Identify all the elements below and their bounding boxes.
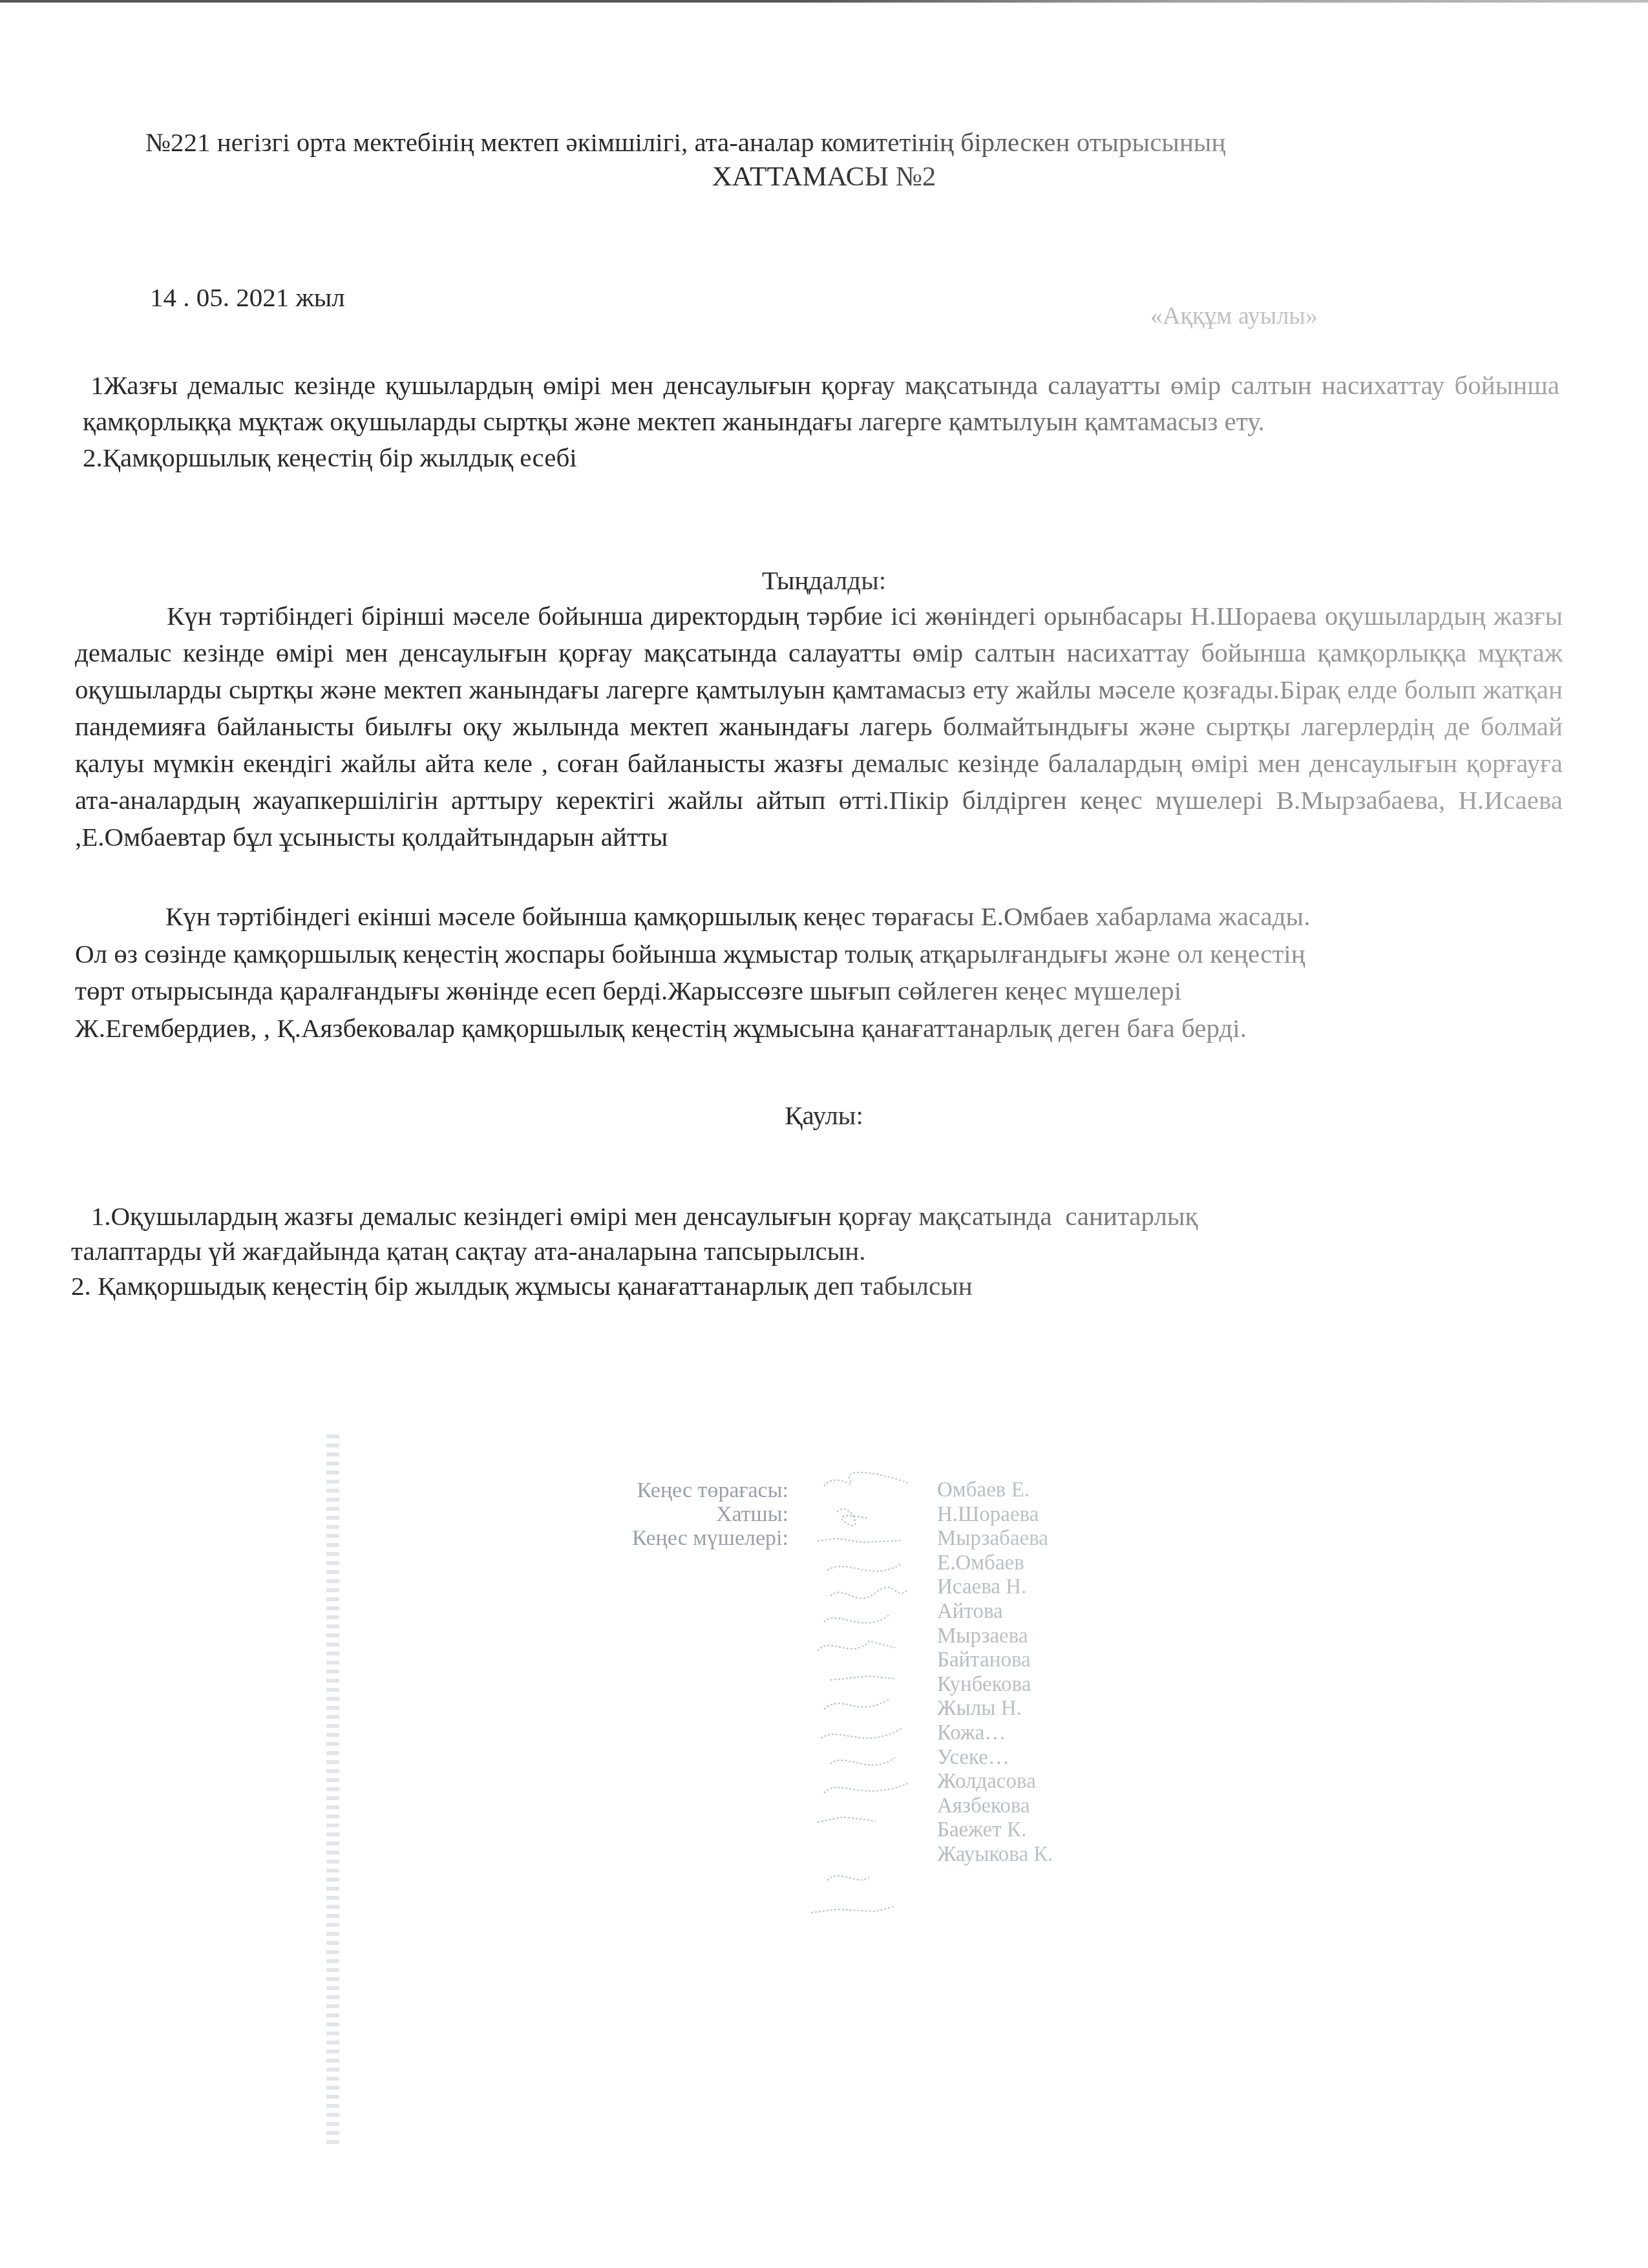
agenda-item-1: 1Жазғы демалыс кезінде қушылардың өмірі … [83,367,1559,439]
resolution: 1.Оқушылардың жазғы демалыс кезіндегі өм… [71,1199,1545,1303]
signature-labels: Кеңес төрағасы: Хатшы: Кеңес мүшелері: [582,1478,788,1550]
listened-second-line-4: Ж.Егембердиев, , Қ.Аязбековалар қамқоршы… [75,1010,1523,1047]
signature-name: Баежет К. [937,1818,1053,1843]
members-label: Кеңес мүшелері: [582,1526,788,1550]
document-date: 14 . 05. 2021 жыл [150,284,345,311]
signature-name: Н.Шораева [937,1503,1053,1528]
scan-margin-artifact [326,1434,339,2145]
secretary-label: Хатшы: [582,1502,788,1526]
signature-name: Кожа… [937,1721,1053,1746]
document-header: №221 негізгі орта мектебінің мектеп әкім… [145,129,1225,156]
signature-name: Е.Омбаев [937,1551,1053,1576]
resolved-heading: Қаулы: [0,1102,1648,1129]
document-title: ХАТТАМАСЫ №2 [0,163,1648,191]
listened-second-line-2: Ол өз сөзінде қамқоршылық кеңестің жоспа… [75,936,1523,973]
document-place: «Аққұм ауылы» [1150,304,1318,328]
signature-name: Айтова [937,1600,1053,1624]
signature-name: Исаева Н. [937,1575,1053,1600]
signature-name: Жауыкова К. [937,1843,1053,1867]
signature-name: Жолдасова [937,1770,1053,1794]
signature-name: Аязбекова [937,1794,1053,1819]
chairman-label: Кеңес төрағасы: [582,1478,788,1502]
listened-second-line-1: Күн тәртібіндегі екінші мәселе бойынша қ… [75,898,1523,936]
signature-name: Усеке… [937,1746,1053,1770]
agenda: 1Жазғы демалыс кезінде қушылардың өмірі … [83,367,1559,476]
listened-text: Күн тәртібіндегі бірінші мәселе бойынша … [75,598,1563,856]
signature-name: Мырзаева [937,1624,1053,1649]
signature-name: Жылы Н. [937,1697,1053,1721]
listened-heading: Тыңдалды: [0,567,1648,594]
signature-names: Омбаев Е. Н.Шораева Мырзабаева Е.Омбаев … [937,1478,1053,1867]
agenda-item-2: 2.Қамқоршылық кеңестің бір жылдық есебі [83,439,1559,476]
signature-name: Мырзабаева [937,1527,1053,1551]
signature-name: Кунбекова [937,1673,1053,1697]
handwritten-signatures [811,1467,927,1971]
resolution-item-2: 2. Қамқоршыдық кеңестің бір жылдық жұмыс… [71,1268,1545,1303]
signature-name: Байтанова [937,1648,1053,1673]
listened-paragraph-2: Күн тәртібіндегі екінші мәселе бойынша қ… [75,898,1523,1047]
resolution-item-1-line-2: талаптарды үй жағдайында қатаң сақтау ат… [71,1234,1545,1268]
signature-name: Омбаев Е. [937,1478,1053,1503]
listened-second-line-3: төрт отырысында қаралғандығы жөнінде есе… [75,972,1523,1010]
resolution-item-1-line-1: 1.Оқушылардың жазғы демалыс кезіндегі өм… [71,1199,1545,1234]
scan-top-edge [0,0,1648,3]
listened-paragraph-1: Күн тәртібіндегі бірінші мәселе бойынша … [75,598,1563,856]
